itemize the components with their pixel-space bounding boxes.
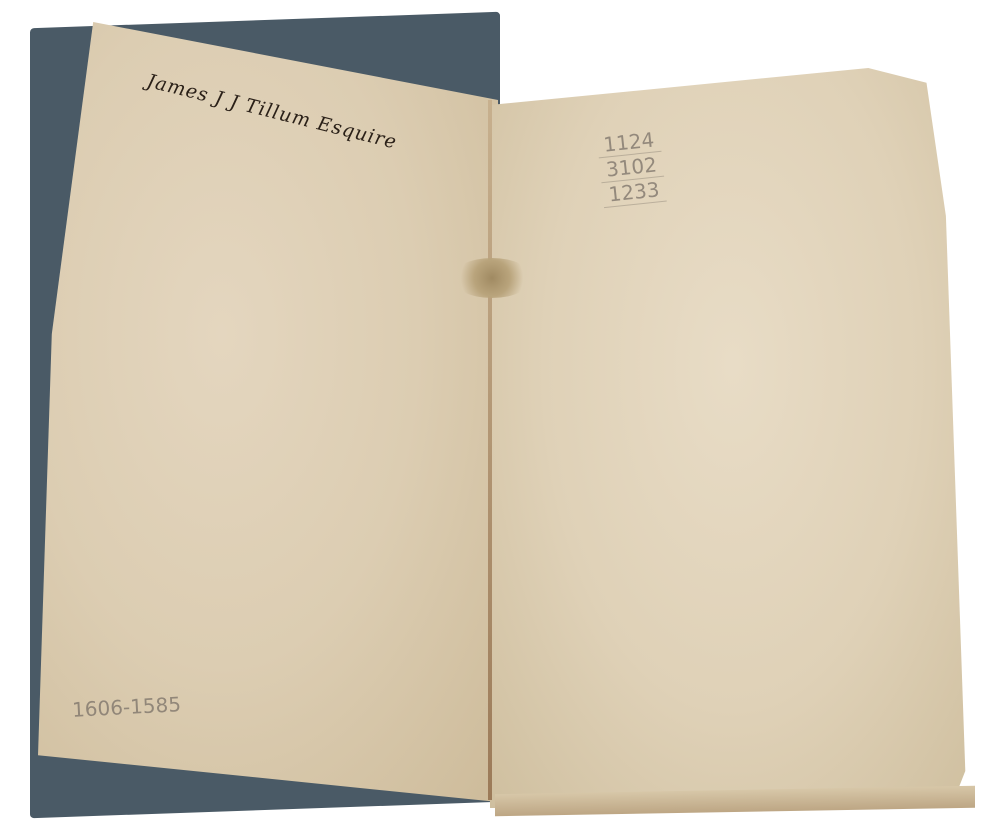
pencil-calculation: 1124 3102 1233: [596, 127, 666, 208]
right-endpaper: [490, 68, 975, 808]
book-photo: James J J Tillum Esquire 1124 3102 1233 …: [0, 0, 1000, 839]
book-gutter: [488, 100, 492, 800]
binding-thread: [452, 258, 532, 298]
